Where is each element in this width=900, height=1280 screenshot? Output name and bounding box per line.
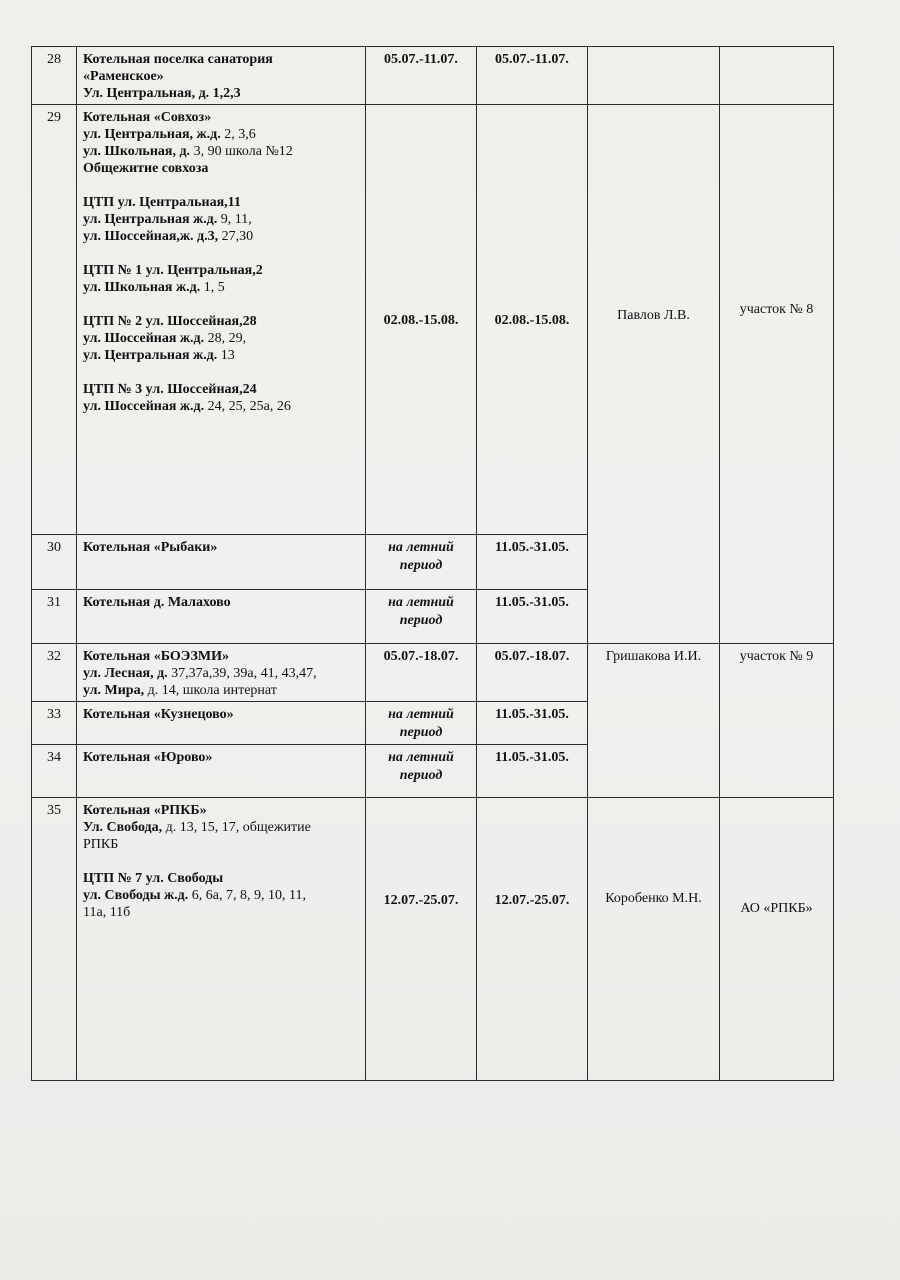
address-bold-part: Котельная д. Малахово xyxy=(83,595,231,610)
address-bold-part: ул. Центральная, ж.д. xyxy=(83,127,221,142)
address-normal-part: 24, 25, 25а, 26 xyxy=(204,399,291,414)
schedule-table: 28 Котельная поселка санатория«Раменское… xyxy=(31,46,834,1081)
address-line: ул. Шоссейная ж.д. 24, 25, 25а, 26 xyxy=(83,398,359,415)
address-bold-part: Котельная «Совхоз» xyxy=(83,110,211,125)
table-row: 28 Котельная поселка санатория«Раменское… xyxy=(32,47,834,105)
address-bold-part: Котельная «Юрово» xyxy=(83,750,212,765)
responsible-cell xyxy=(588,47,720,105)
table-row: 32 Котельная «БОЭЗМИ»ул. Лесная, д. 37,3… xyxy=(32,644,834,702)
address-bold-part: Ул. Центральная, д. 1,2,3 xyxy=(83,86,241,101)
address-line: ЦТП № 7 ул. Свободы xyxy=(83,870,359,887)
address-line: Котельная «Кузнецово» xyxy=(83,706,359,723)
address-normal-part: 11а, 11б xyxy=(83,905,130,920)
address-line: Котельная «РПКБ» xyxy=(83,802,359,819)
address-line: ул. Лесная, д. 37,37а,39, 39а, 41, 43,47… xyxy=(83,665,359,682)
address-bold-part: ул. Шоссейная,ж. д.3, xyxy=(83,229,218,244)
address-bold-part: Общежитие совхоза xyxy=(83,161,208,176)
boiler-name-cell: Котельная д. Малахово xyxy=(77,589,366,643)
area-cell: АО «РПКБ» xyxy=(720,798,834,1081)
date-start-cell: 12.07.-25.07. xyxy=(366,798,477,1081)
row-number: 31 xyxy=(32,589,77,643)
date-end-cell: 12.07.-25.07. xyxy=(477,798,588,1081)
address-bold-part: Котельная «Кузнецово» xyxy=(83,707,234,722)
summer-label-line2: период xyxy=(372,557,470,575)
address-line: Котельная д. Малахово xyxy=(83,594,359,611)
address-bold-part: ул. Шоссейная ж.д. xyxy=(83,399,204,414)
date-start-cell: 02.08.-15.08. xyxy=(366,105,477,535)
line-gap xyxy=(83,177,359,194)
boiler-name-cell: Котельная «РПКБ»Ул. Свобода, д. 13, 15, … xyxy=(77,798,366,1081)
address-line: ЦТП № 2 ул. Шоссейная,28 xyxy=(83,313,359,330)
address-normal-part: 1, 5 xyxy=(200,280,225,295)
address-normal-part: 13 xyxy=(217,348,235,363)
boiler-name-cell: Котельная «Юрово» xyxy=(77,745,366,798)
date-start-cell: 05.07.-18.07. xyxy=(366,644,477,702)
address-bold-part: Котельная «Рыбаки» xyxy=(83,540,217,555)
address-line: Котельная «Юрово» xyxy=(83,749,359,766)
address-normal-part: 28, 29, xyxy=(204,331,246,346)
date-end-cell: 02.08.-15.08. xyxy=(477,105,588,535)
address-bold-part: Котельная «БОЭЗМИ» xyxy=(83,649,229,664)
address-line: Котельная «Рыбаки» xyxy=(83,539,359,556)
table-row: 29 Котельная «Совхоз»ул. Центральная, ж.… xyxy=(32,105,834,535)
address-bold-part: ул. Шоссейная ж.д. xyxy=(83,331,204,346)
responsible-cell: Павлов Л.В. xyxy=(588,105,720,644)
address-line: Котельная «Совхоз» xyxy=(83,109,359,126)
summer-period-cell: на летний период xyxy=(366,535,477,589)
address-bold-part: Ул. Свобода, xyxy=(83,820,162,835)
boiler-name-cell: Котельная «Кузнецово» xyxy=(77,702,366,745)
address-bold-part: ЦТП ул. Центральная,11 xyxy=(83,195,241,210)
address-bold-part: ул. Школьная, д. xyxy=(83,144,190,159)
date-end-cell: 05.07.-18.07. xyxy=(477,644,588,702)
address-line: 11а, 11б xyxy=(83,904,359,921)
row-number: 28 xyxy=(32,47,77,105)
address-bold-part: ул. Мира, xyxy=(83,683,144,698)
address-line: Ул. Центральная, д. 1,2,3 xyxy=(83,85,359,102)
area-cell: участок № 8 xyxy=(720,105,834,644)
address-line: ул. Центральная ж.д. 13 xyxy=(83,347,359,364)
summer-label-line1: на летний xyxy=(372,706,470,724)
address-normal-part: 27,30 xyxy=(218,229,253,244)
summer-label-line1: на летний xyxy=(372,749,470,767)
address-normal-part: 9, 11, xyxy=(217,212,251,227)
address-line: ЦТП № 3 ул. Шоссейная,24 xyxy=(83,381,359,398)
address-normal-part: 2, 3,6 xyxy=(221,127,256,142)
address-bold-part: ул. Центральная ж.д. xyxy=(83,348,217,363)
address-bold-part: Котельная поселка санатория xyxy=(83,52,273,67)
address-normal-part: 37,37а,39, 39а, 41, 43,47, xyxy=(168,666,317,681)
address-line: ЦТП № 1 ул. Центральная,2 xyxy=(83,262,359,279)
address-bold-part: «Раменское» xyxy=(83,69,164,84)
address-bold-part: ЦТП № 1 ул. Центральная,2 xyxy=(83,263,263,278)
summer-label-line2: период xyxy=(372,612,470,630)
summer-period-cell: на летний период xyxy=(366,702,477,745)
address-normal-part: 3, 90 школа №12 xyxy=(190,144,293,159)
boiler-name-cell: Котельная поселка санатория«Раменское»Ул… xyxy=(77,47,366,105)
summer-period-cell: на летний период xyxy=(366,745,477,798)
date-end-cell: 05.07.-11.07. xyxy=(477,47,588,105)
address-line: РПКБ xyxy=(83,836,359,853)
address-line: ул. Школьная, д. 3, 90 школа №12 xyxy=(83,143,359,160)
address-normal-part: д. 14, школа интернат xyxy=(144,683,277,698)
responsible-cell: Гришакова И.И. xyxy=(588,644,720,798)
address-line: ул. Шоссейная ж.д. 28, 29, xyxy=(83,330,359,347)
line-gap xyxy=(83,245,359,262)
area-cell xyxy=(720,47,834,105)
date-end-cell: 11.05.-31.05. xyxy=(477,745,588,798)
date-end-cell: 11.05.-31.05. xyxy=(477,702,588,745)
address-bold-part: ЦТП № 2 ул. Шоссейная,28 xyxy=(83,314,257,329)
row-number: 35 xyxy=(32,798,77,1081)
address-bold-part: ул. Лесная, д. xyxy=(83,666,168,681)
address-line: Ул. Свобода, д. 13, 15, 17, общежитие xyxy=(83,819,359,836)
responsible-cell: Коробенко М.Н. xyxy=(588,798,720,1081)
address-line: Общежитие совхоза xyxy=(83,160,359,177)
address-line: «Раменское» xyxy=(83,68,359,85)
line-gap xyxy=(83,296,359,313)
address-bold-part: ЦТП № 7 ул. Свободы xyxy=(83,871,223,886)
row-number: 29 xyxy=(32,105,77,535)
address-bold-part: ул. Свободы ж.д. xyxy=(83,888,188,903)
line-gap xyxy=(83,853,359,870)
address-line: ул. Школьная ж.д. 1, 5 xyxy=(83,279,359,296)
area-cell: участок № 9 xyxy=(720,644,834,798)
boiler-name-cell: Котельная «Рыбаки» xyxy=(77,535,366,589)
address-line: Котельная поселка санатория xyxy=(83,51,359,68)
address-line: Котельная «БОЭЗМИ» xyxy=(83,648,359,665)
date-end-cell: 11.05.-31.05. xyxy=(477,589,588,643)
table-row: 35 Котельная «РПКБ»Ул. Свобода, д. 13, 1… xyxy=(32,798,834,1081)
address-bold-part: ул. Центральная ж.д. xyxy=(83,212,217,227)
address-line: ул. Центральная ж.д. 9, 11, xyxy=(83,211,359,228)
address-line: ул. Центральная, ж.д. 2, 3,6 xyxy=(83,126,359,143)
address-bold-part: ЦТП № 3 ул. Шоссейная,24 xyxy=(83,382,257,397)
address-bold-part: ул. Школьная ж.д. xyxy=(83,280,200,295)
line-gap xyxy=(83,364,359,381)
summer-label-line2: период xyxy=(372,767,470,785)
address-normal-part: 6, 6а, 7, 8, 9, 10, 11, xyxy=(188,888,306,903)
date-end-cell: 11.05.-31.05. xyxy=(477,535,588,589)
address-normal-part: д. 13, 15, 17, общежитие xyxy=(162,820,311,835)
address-bold-part: Котельная «РПКБ» xyxy=(83,803,207,818)
summer-period-cell: на летний период xyxy=(366,589,477,643)
summer-label-line1: на летний xyxy=(372,539,470,557)
date-start-cell: 05.07.-11.07. xyxy=(366,47,477,105)
summer-label-line2: период xyxy=(372,724,470,742)
boiler-name-cell: Котельная «Совхоз»ул. Центральная, ж.д. … xyxy=(77,105,366,535)
summer-label-line1: на летний xyxy=(372,594,470,612)
row-number: 32 xyxy=(32,644,77,702)
row-number: 34 xyxy=(32,745,77,798)
row-number: 30 xyxy=(32,535,77,589)
address-line: ЦТП ул. Центральная,11 xyxy=(83,194,359,211)
document-page: 28 Котельная поселка санатория«Раменское… xyxy=(0,0,900,1280)
row-number: 33 xyxy=(32,702,77,745)
address-normal-part: РПКБ xyxy=(83,837,118,852)
address-line: ул. Свободы ж.д. 6, 6а, 7, 8, 9, 10, 11, xyxy=(83,887,359,904)
address-line: ул. Шоссейная,ж. д.3, 27,30 xyxy=(83,228,359,245)
address-line: ул. Мира, д. 14, школа интернат xyxy=(83,682,359,699)
boiler-name-cell: Котельная «БОЭЗМИ»ул. Лесная, д. 37,37а,… xyxy=(77,644,366,702)
